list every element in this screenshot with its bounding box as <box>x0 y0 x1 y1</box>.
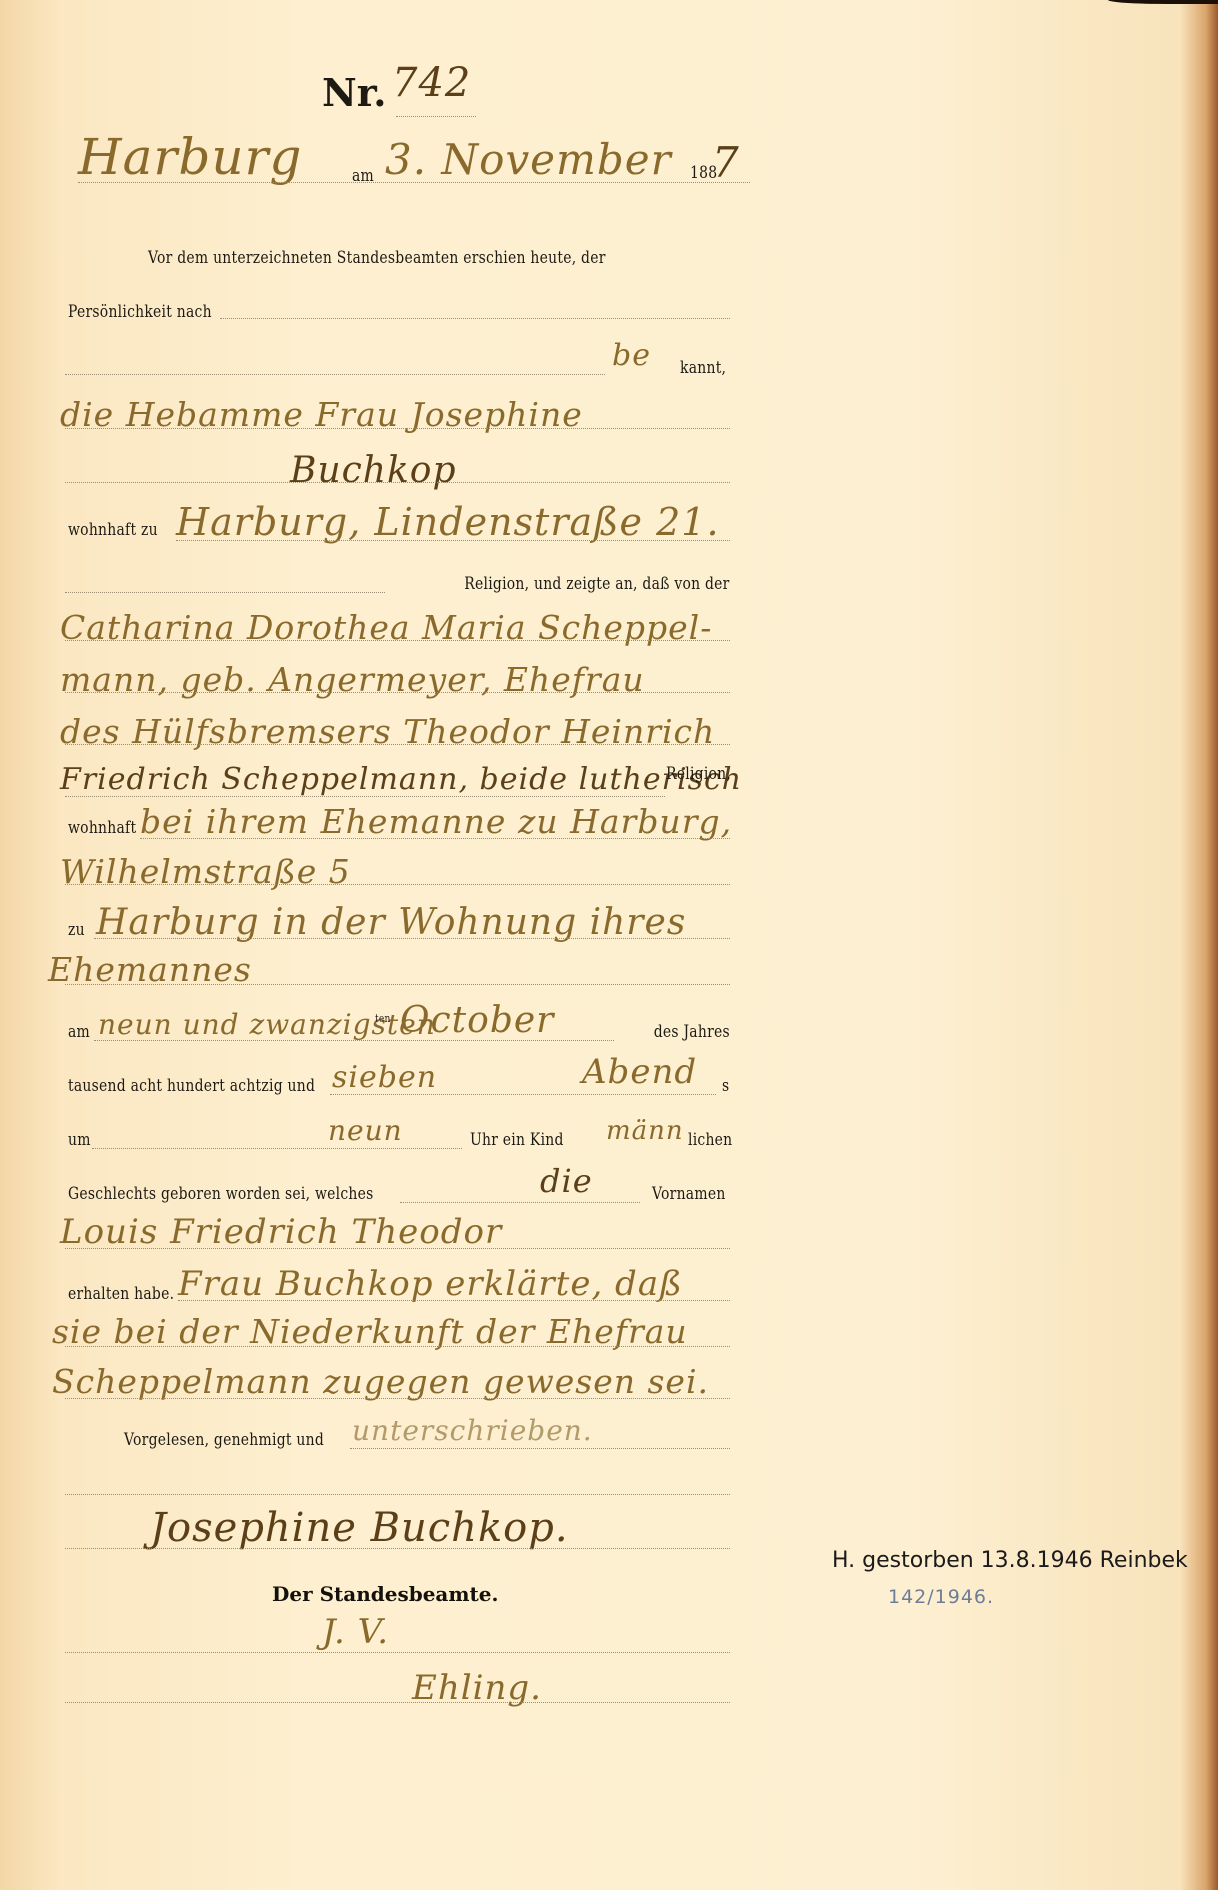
time-suffix: s <box>722 1076 729 1096</box>
rule-line <box>65 1652 730 1653</box>
rule-line <box>65 1248 730 1249</box>
identity-label: Persönlichkeit nach <box>68 302 212 322</box>
child-label: Uhr ein Kind <box>470 1130 564 1150</box>
rule-line <box>65 984 730 985</box>
year-text: tausend acht hundert achtzig und <box>68 1076 315 1096</box>
read-label: Vorgelesen, genehmigt und <box>124 1430 324 1450</box>
residence-value: Harburg, Lindenstraße 21. <box>176 500 720 544</box>
rule-line <box>65 482 730 483</box>
register-page: Nr. 742 Harburg am 3. November 188 7 Vor… <box>0 0 1218 1890</box>
entry-number-label: Nr. <box>322 70 387 115</box>
year-suffix: 7 <box>712 138 740 187</box>
entry-number-line <box>396 116 476 117</box>
sex-value: männ <box>606 1116 684 1146</box>
rule-line <box>65 1702 730 1703</box>
residence-label: wohnhaft zu <box>68 520 158 540</box>
margin-death-reference: 142/1946. <box>888 1586 994 1608</box>
place-value: Harburg <box>78 128 302 186</box>
official-prefix: J. V. <box>322 1612 389 1652</box>
rule-line <box>350 1448 730 1449</box>
mother-residence-line-1: bei ihrem Ehemanne zu Harburg, <box>140 802 732 841</box>
given-names: Louis Friedrich Theodor <box>60 1212 502 1252</box>
rule-line <box>178 1300 730 1301</box>
rule-line <box>65 592 385 593</box>
rule-line <box>65 1548 730 1549</box>
statement-line-3: Scheppelmann zugegen gewesen sei. <box>52 1362 709 1401</box>
read-value: unterschrieben. <box>352 1414 593 1447</box>
entry-number-value: 742 <box>392 60 471 106</box>
margin-death-annotation: H. gestorben 13.8.1946 Reinbek <box>832 1548 1188 1573</box>
date-am-label: am <box>352 166 374 186</box>
rule-line <box>400 1202 640 1203</box>
date-value: 3. November <box>385 135 672 184</box>
rule-line <box>65 640 730 641</box>
birth-place-label: zu <box>68 920 85 940</box>
page-edge-shadow <box>1108 0 1218 4</box>
known-hand: be <box>612 338 651 373</box>
birth-place-line-1: Harburg in der Wohnung ihres <box>96 902 686 943</box>
known-print: kannt, <box>680 358 726 378</box>
mother-line-2: mann, geb. Angermeyer, Ehefrau <box>60 660 645 699</box>
mother-line-4: Friedrich Scheppelmann, beide lutherisch <box>60 762 742 797</box>
year-label: des Jahres <box>654 1022 730 1042</box>
time-of-day: Abend <box>582 1052 697 1092</box>
intro-text: Vor dem unterzeichneten Standesbeamten e… <box>148 248 606 268</box>
hour-label: um <box>68 1130 91 1150</box>
rule-line <box>65 428 730 429</box>
religion-clause: Religion, und zeigte an, daß von der <box>465 574 730 594</box>
rule-line <box>176 540 730 541</box>
hour-value: neun <box>328 1114 403 1147</box>
rule-line <box>65 692 730 693</box>
year-value: sieben <box>332 1060 437 1095</box>
informant-line-2: Buchkop <box>290 450 457 491</box>
rule-line <box>65 1494 730 1495</box>
rule-line <box>65 1346 730 1347</box>
rule-line <box>65 744 730 745</box>
month-value: October <box>400 1000 554 1041</box>
day-label: am <box>68 1022 90 1042</box>
gender-clause: Geschlechts geboren worden sei, welches <box>68 1184 374 1204</box>
rule-line <box>65 884 730 885</box>
rule-line <box>92 1148 462 1149</box>
official-label: Der Standesbeamte. <box>272 1582 498 1606</box>
mother-line-1: Catharina Dorothea Maria Scheppel- <box>60 608 712 647</box>
statement-line-1: Frau Buchkop erklärte, daß <box>178 1264 683 1304</box>
mother-residence-label: wohnhaft <box>68 818 136 838</box>
rule-line <box>65 1398 730 1399</box>
religion-label: Religion, <box>666 764 731 784</box>
rule-line <box>94 1040 614 1041</box>
rule-line <box>65 796 665 797</box>
rule-line <box>94 938 730 939</box>
given-names-label: Vornamen <box>652 1184 726 1204</box>
received-label: erhalten habe. <box>68 1284 174 1304</box>
header-line <box>78 182 750 183</box>
mother-line-3: des Hülfsbremsers Theodor Heinrich <box>60 712 715 751</box>
article-value: die <box>540 1162 593 1200</box>
sex-suffix: lichen <box>688 1130 732 1150</box>
mother-residence-line-2: Wilhelmstraße 5 <box>60 852 351 891</box>
rule-line <box>330 1094 716 1095</box>
rule-line <box>220 318 730 319</box>
rule-line <box>65 374 605 375</box>
rule-line <box>140 838 730 839</box>
day-suffix: ten <box>375 1012 391 1025</box>
informant-signature: Josephine Buchkop. <box>150 1505 569 1551</box>
